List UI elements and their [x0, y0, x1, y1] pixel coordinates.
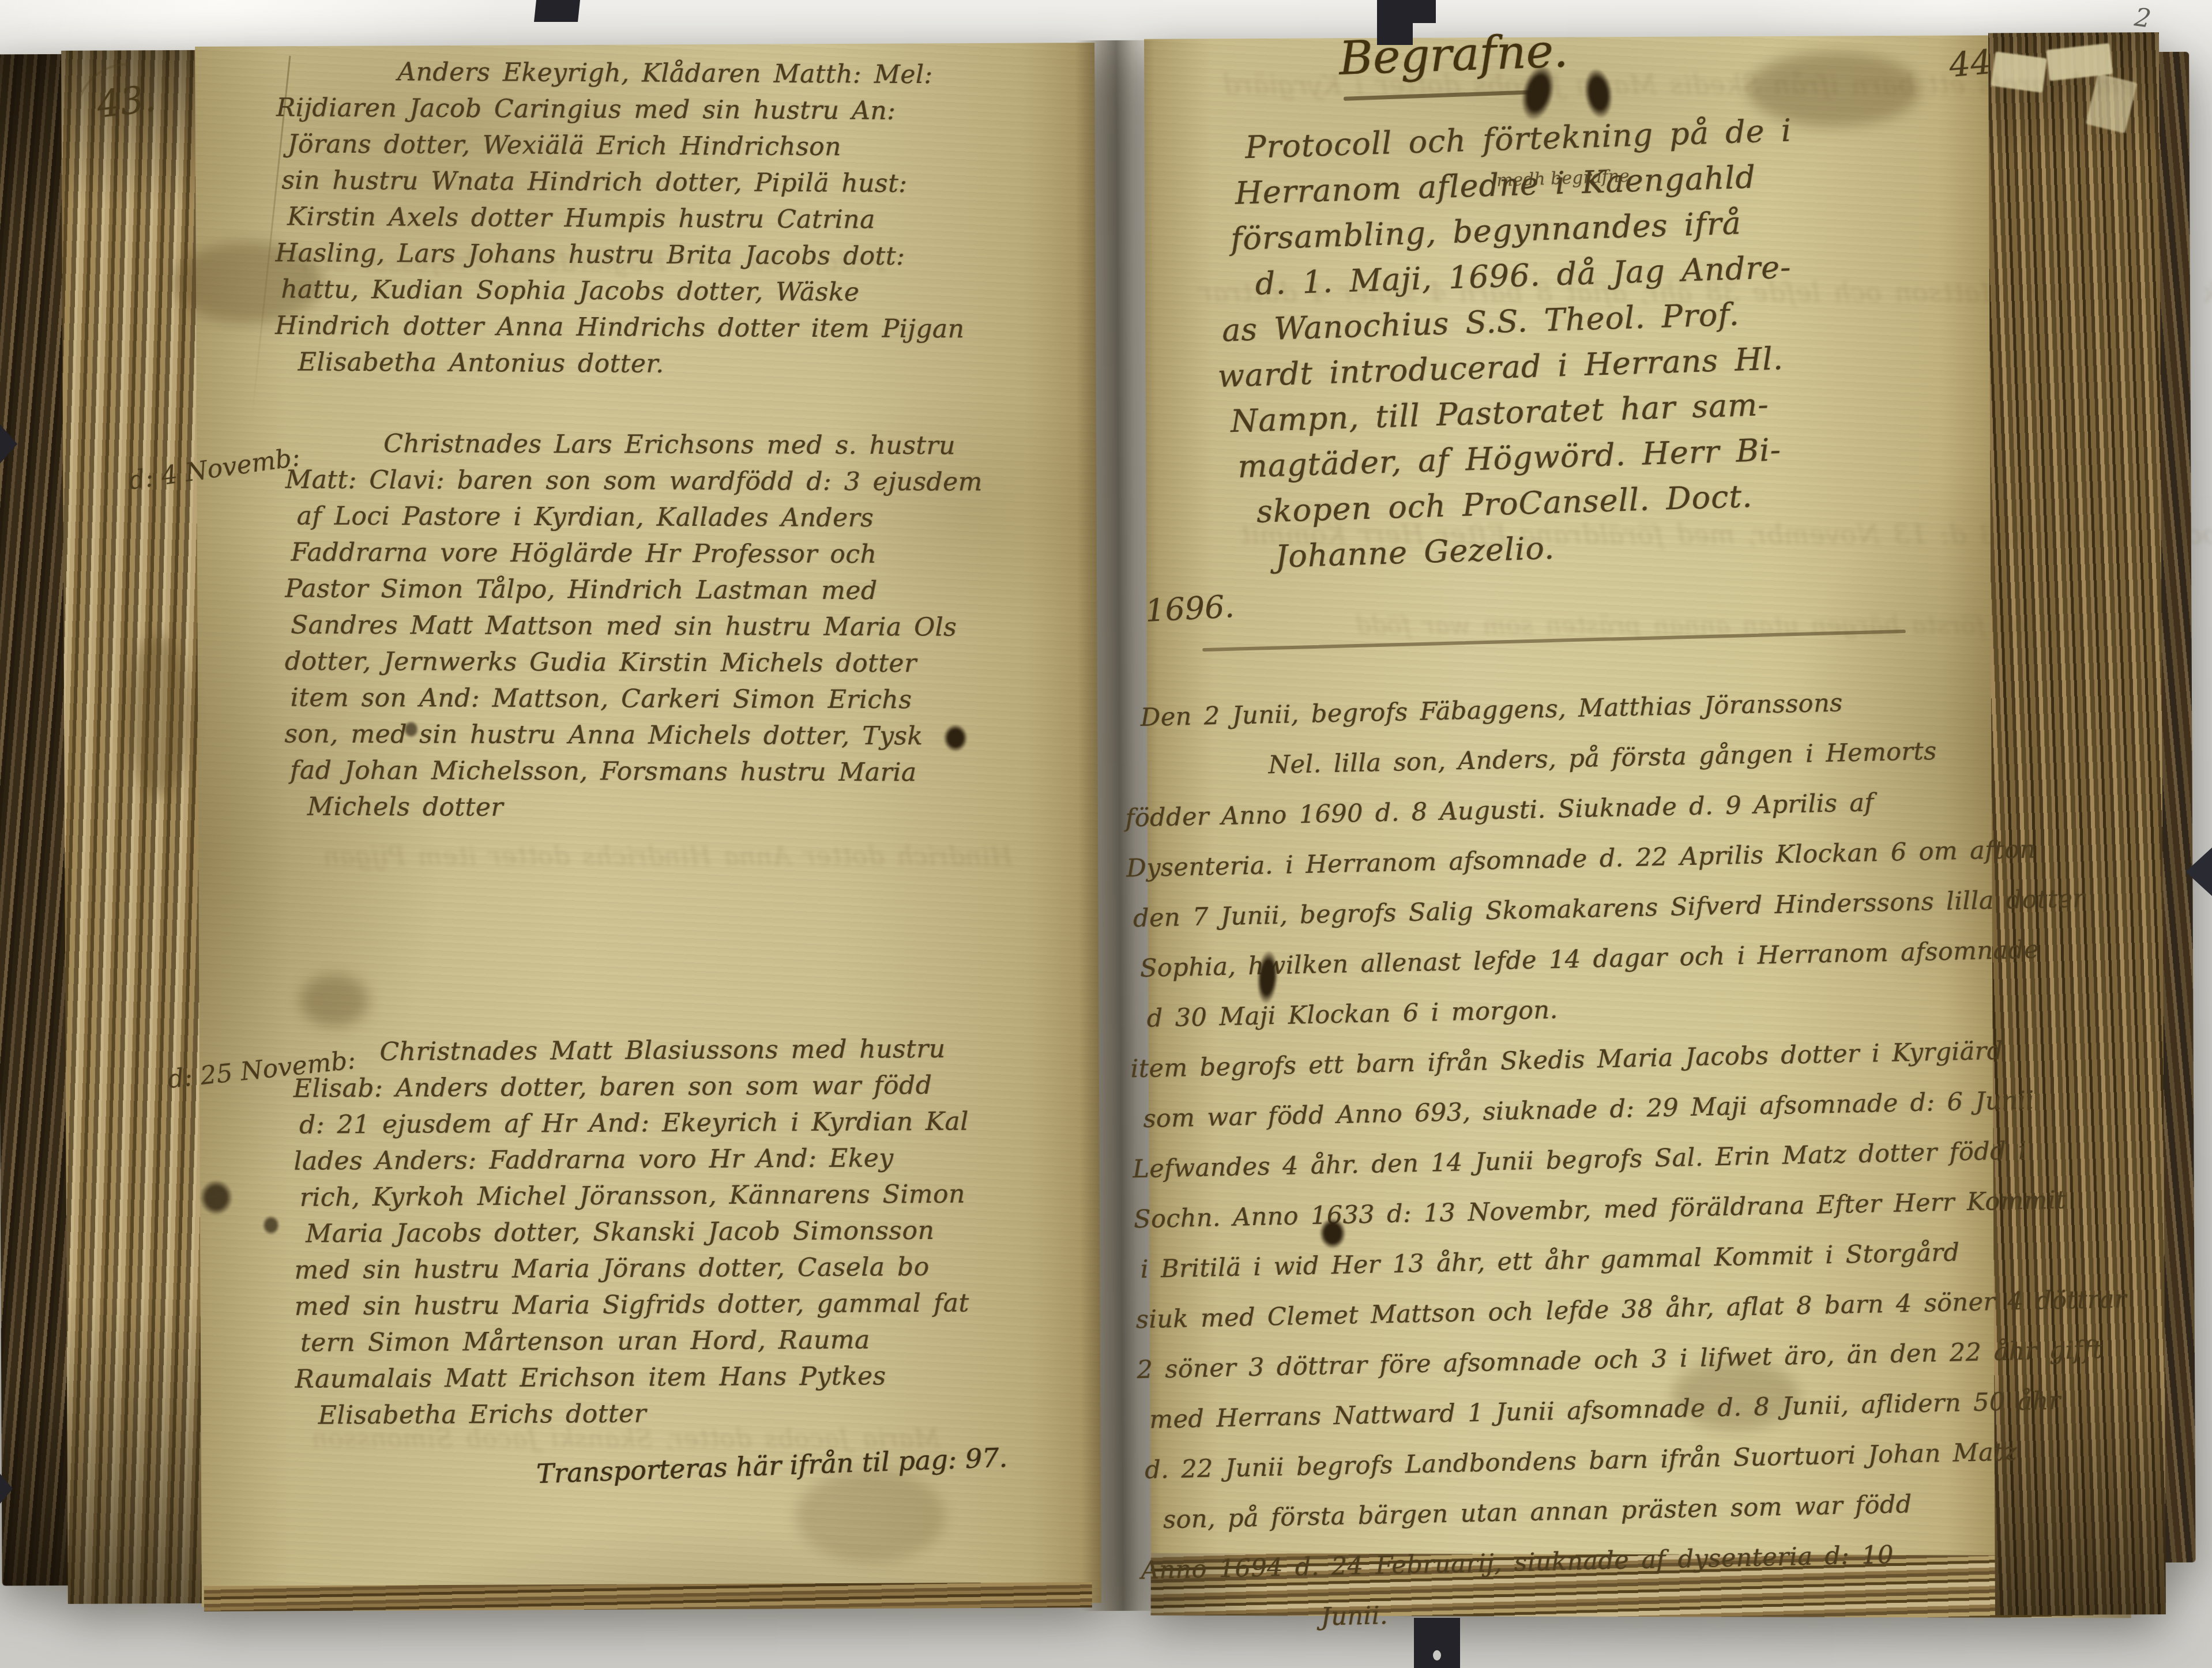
book-cradle-finger-left [0, 424, 17, 464]
book-cradle-clamp-top-center-arm [1412, 0, 1436, 23]
manuscript-line: Rijdiaren Jacob Caringius med sin hustru… [276, 89, 1101, 130]
book-cradle-clamp-top-center [1377, 0, 1413, 45]
manuscript-line: Raumalais Matt Erichson item Hans Pytkes [295, 1357, 1113, 1397]
manuscript-line: son, med sin hustru Anna Michels dotter,… [284, 716, 1103, 755]
manuscript-line: Christnades Lars Erichsons med s. hustru [285, 426, 1104, 465]
manuscript-line: Jörans dotter, Wexiälä Erich Hindrichson [276, 126, 1101, 166]
right-page-entries: Den 2 Junii, begrofs Fäbaggens, Matthias… [1123, 675, 2042, 1646]
manuscript-line: med sin hustru Maria Jörans dotter, Case… [294, 1248, 1113, 1288]
page-number-right: 44 [1947, 42, 1993, 85]
book-cradle-clamp-top-left [534, 0, 580, 22]
manuscript-photo: Faddrarna vore Höglärde Hr Professor och… [0, 0, 2212, 1668]
manuscript-line: Faddrarna vore Höglärde Hr Professor och [285, 534, 1104, 574]
manuscript-line: Pastor Simon Tålpo, Hindrich Lastman med [285, 571, 1104, 610]
manuscript-line: Hasling, Lars Johans hustru Brita Jacobs… [276, 235, 1100, 275]
manuscript-line: Hindrich dotter Anna Hindrichs dotter it… [275, 307, 1100, 348]
manuscript-line: Maria Jacobs dotter, Skanski Jacob Simon… [294, 1211, 1113, 1252]
manuscript-line: fad Johan Michelsson, Forsmans hustru Ma… [284, 752, 1103, 792]
manuscript-line: tern Simon Mårtenson uran Hord, Rauma [295, 1320, 1113, 1361]
bleed-through-text: Hindrich dotter Anna Hindrichs dotter it… [323, 842, 1013, 871]
manuscript-line: Anders Ekeyrigh, Klådaren Matth: Mel: [276, 53, 1101, 93]
page-block-edges-bottom-left [204, 1582, 1092, 1611]
manuscript-line: af Loci Pastore i Kyrdian, Kallades Ande… [285, 498, 1104, 537]
manuscript-line: Christnades Matt Blasiussons med hustru [293, 1030, 1112, 1070]
manuscript-line: Kirstin Axels dotter Humpis hustru Catri… [276, 198, 1100, 239]
book-cradle-finger-right [2185, 848, 2212, 896]
left-page-entry2: Christnades Matt Blasiussons med hustru … [293, 1030, 1114, 1433]
manuscript-line: Elisabetha Antonius dotter. [275, 344, 1100, 384]
left-page-paragraph: Anders Ekeyrigh, Klådaren Matth: Mel: Ri… [275, 53, 1101, 384]
right-page-intro: Protocoll och förtekning på de i Herrano… [1210, 103, 1956, 581]
manuscript-line: dotter, Jernwerks Gudia Kirstin Michels … [285, 643, 1104, 683]
manuscript-line: lades Anders: Faddrarna voro Hr And: Eke… [294, 1139, 1112, 1179]
book-cradle-finger-left-lower [0, 1474, 13, 1504]
book-cradle-clamp-bottom [1414, 1618, 1460, 1668]
manuscript-line: Matt: Clavi: baren son som wardfödd d: 3… [285, 462, 1104, 501]
clamp-hole [1433, 1650, 1441, 1661]
manuscript-line: Michels dotter [284, 789, 1103, 828]
page-block-edges-left [61, 50, 204, 1604]
backdrop-number: 2 [2133, 2, 2153, 33]
margin-year: 1696. [1144, 588, 1235, 629]
manuscript-line: Elisab: Anders dotter, baren son som war… [294, 1066, 1112, 1106]
manuscript-line: med sin hustru Maria Sigfrids dotter, ga… [295, 1284, 1113, 1324]
manuscript-line: item son And: Mattson, Carkeri Simon Eri… [284, 680, 1103, 719]
book-cover-left [0, 54, 69, 1586]
section-heading-begrafne: Begrafne. [1338, 24, 1568, 85]
manuscript-line: sin hustru Wnata Hindrich dotter, Pipilä… [276, 162, 1100, 202]
manuscript-line: d: 21 ejusdem af Hr And: Ekeyrich i Kyrd… [294, 1102, 1112, 1143]
manuscript-line: rich, Kyrkoh Michel Jöransson, Kännarens… [294, 1175, 1113, 1215]
manuscript-line: Elisabetha Erichs dotter [295, 1393, 1113, 1433]
manuscript-line: Sandres Matt Mattson med sin hustru Mari… [285, 607, 1104, 646]
page-number-left: 43. [95, 77, 158, 127]
left-page-entry1: Christnades Lars Erichsons med s. hustru… [284, 426, 1104, 828]
manuscript-line: hattu, Kudian Sophia Jacobs dotter, Wäsk… [275, 271, 1100, 311]
